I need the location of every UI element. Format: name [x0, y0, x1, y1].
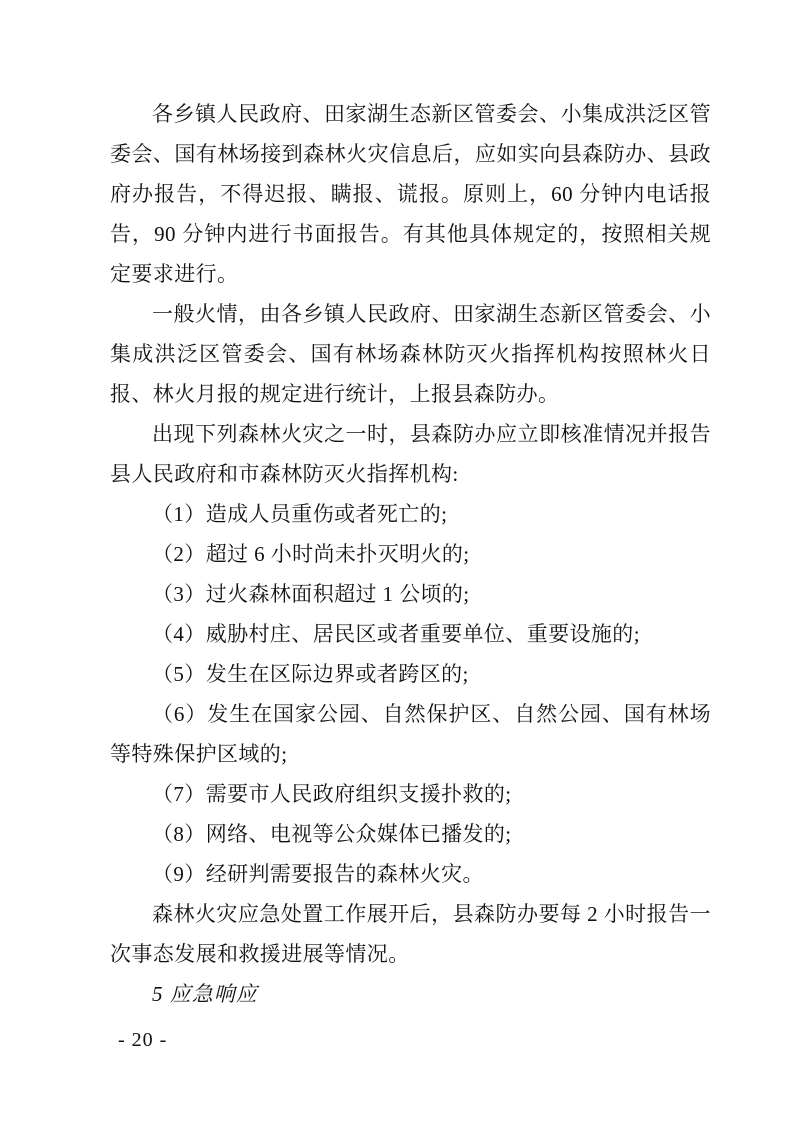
- section-heading: 5 应急响应: [110, 974, 711, 1014]
- paragraph: 一般火情，由各乡镇人民政府、田家湖生态新区管委会、小集成洪泛区管委会、国有林场森…: [110, 294, 711, 414]
- list-item: （8）网络、电视等公众媒体已播发的;: [110, 814, 711, 854]
- document-page: 各乡镇人民政府、田家湖生态新区管委会、小集成洪泛区管委会、国有林场接到森林火灾信…: [0, 0, 793, 1122]
- paragraph: 各乡镇人民政府、田家湖生态新区管委会、小集成洪泛区管委会、国有林场接到森林火灾信…: [110, 94, 711, 294]
- list-item: （6）发生在国家公园、自然保护区、自然公园、国有林场等特殊保护区域的;: [110, 694, 711, 774]
- page-number: - 20 -: [118, 1026, 167, 1054]
- list-item: （1）造成人员重伤或者死亡的;: [110, 494, 711, 534]
- list-item: （4）威胁村庄、居民区或者重要单位、重要设施的;: [110, 614, 711, 654]
- list-item: （9）经研判需要报告的森林火灾。: [110, 854, 711, 894]
- paragraph: 出现下列森林火灾之一时，县森防办应立即核准情况并报告县人民政府和市森林防灭火指挥…: [110, 414, 711, 494]
- paragraph: 森林火灾应急处置工作展开后，县森防办要每 2 小时报告一次事态发展和救援进展等情…: [110, 894, 711, 974]
- list-item: （2）超过 6 小时尚未扑灭明火的;: [110, 534, 711, 574]
- list-item: （5）发生在区际边界或者跨区的;: [110, 654, 711, 694]
- document-body: 各乡镇人民政府、田家湖生态新区管委会、小集成洪泛区管委会、国有林场接到森林火灾信…: [110, 94, 711, 1014]
- list-item: （7）需要市人民政府组织支援扑救的;: [110, 774, 711, 814]
- list-item: （3）过火森林面积超过 1 公顷的;: [110, 574, 711, 614]
